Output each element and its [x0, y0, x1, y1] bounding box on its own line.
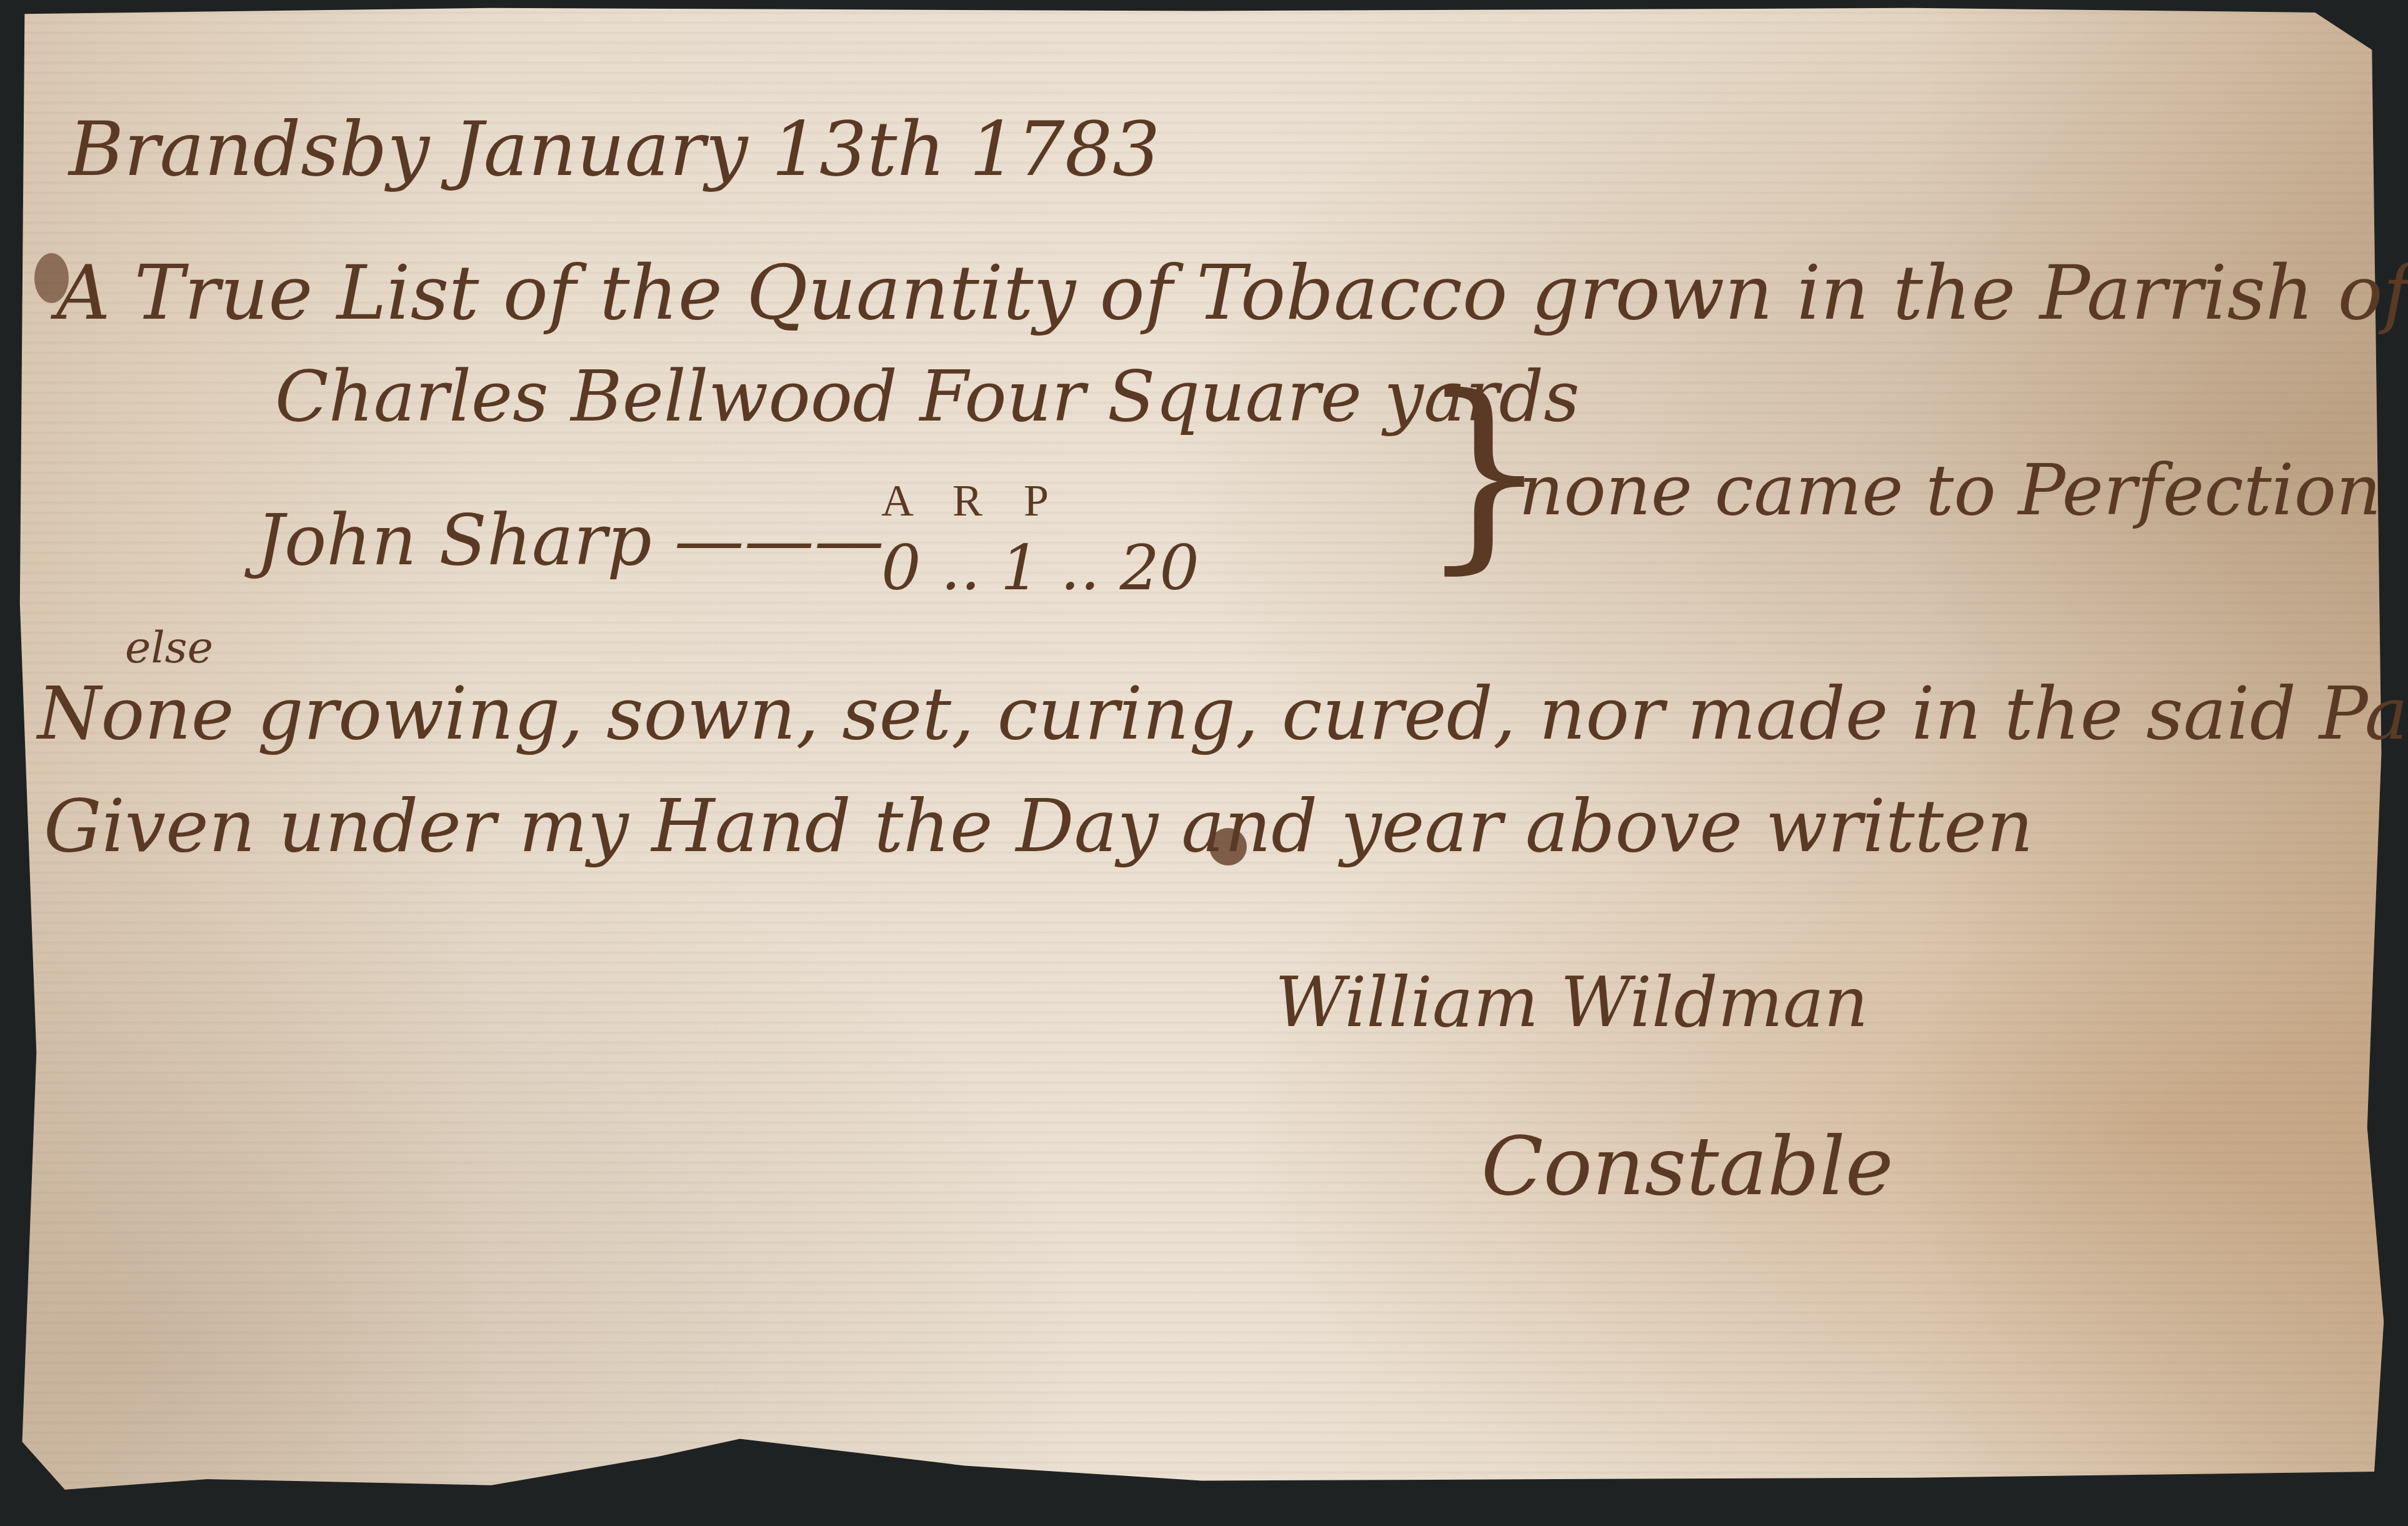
- document-heading: A True List of the Quantity of Tobacco g…: [56, 250, 2408, 337]
- entry-separator: ———: [674, 500, 884, 581]
- insertion-note: else: [125, 622, 213, 673]
- entry-quantity: 0 .. 1 .. 20: [881, 531, 1199, 604]
- statement-line: None growing, sown, set, curing, cured, …: [37, 672, 2408, 756]
- entry-john-sharp: John Sharp ———: [256, 500, 884, 581]
- entry-name: John Sharp: [256, 500, 652, 581]
- entry-charles-bellwood: Charles Bellwood Four Square yards: [275, 356, 1579, 437]
- signatory-title: Constable: [1481, 1119, 1894, 1214]
- bracket-note: none came to Perfection: [1519, 450, 2381, 531]
- entry-name: Charles Bellwood: [275, 356, 897, 437]
- dateline: Brandsby January 13th 1783: [69, 106, 1160, 193]
- units-header: A R P: [881, 475, 1064, 527]
- attestation-line: Given under my Hand the Day and year abo…: [44, 784, 2034, 869]
- signature: William Wildman: [1275, 962, 1868, 1042]
